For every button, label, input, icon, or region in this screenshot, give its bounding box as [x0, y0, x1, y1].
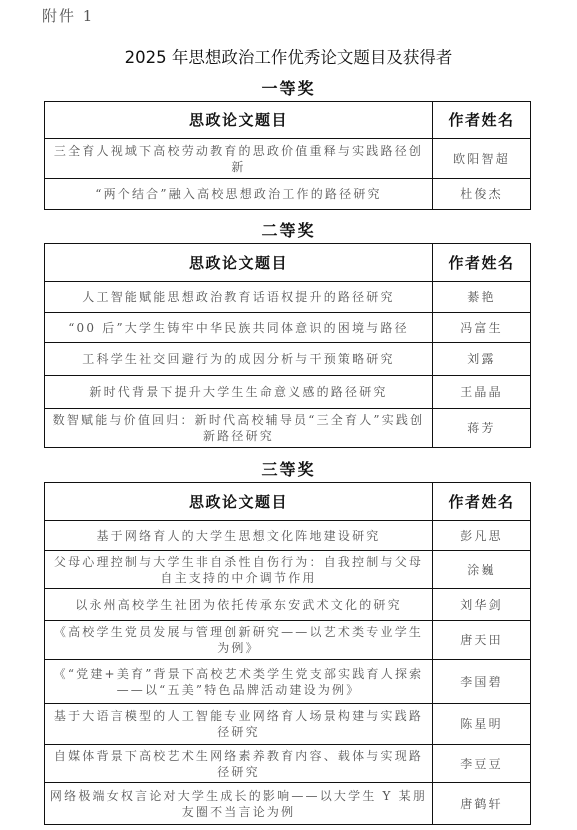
author-name: 陈星明 [433, 704, 531, 745]
table-row: 工科学生社交回避行为的成因分析与干预策略研究 刘露 [45, 343, 531, 376]
author-name: 唐天田 [433, 621, 531, 660]
prize-heading-second: 二等奖 [0, 218, 577, 241]
table-row: 三全育人视域下高校劳动教育的思政价值重释与实践路径创新 欧阳智超 [45, 139, 531, 179]
author-name: 唐鹤轩 [433, 783, 531, 825]
table-row: “两个结合”融入高校思想政治工作的路径研究 杜俊杰 [45, 179, 531, 210]
paper-title: 父母心理控制与大学生非自杀性自伤行为：自我控制与父母自主支持的中介调节作用 [45, 551, 433, 589]
author-name: 蒋芳 [433, 409, 531, 448]
author-name: 王晶晶 [433, 376, 531, 409]
column-header-author: 作者姓名 [433, 244, 531, 282]
paper-title: 以永州高校学生社团为依托传承东安武术文化的研究 [45, 589, 433, 621]
table-row: 基于大语言模型的人工智能专业网络育人场景构建与实践路径研究 陈星明 [45, 704, 531, 745]
author-name: 涂巍 [433, 551, 531, 589]
table-row: 新时代背景下提升大学生生命意义感的路径研究 王晶晶 [45, 376, 531, 409]
table-row: 《高校学生党员发展与管理创新研究——以艺术类专业学生为例》 唐天田 [45, 621, 531, 660]
paper-title: 新时代背景下提升大学生生命意义感的路径研究 [45, 376, 433, 409]
paper-title: 基于大语言模型的人工智能专业网络育人场景构建与实践路径研究 [45, 704, 433, 745]
paper-title: 工科学生社交回避行为的成因分析与干预策略研究 [45, 343, 433, 376]
table-row: “00 后”大学生铸牢中华民族共同体意识的困境与路径 冯富生 [45, 313, 531, 343]
table-row: 父母心理控制与大学生非自杀性自伤行为：自我控制与父母自主支持的中介调节作用 涂巍 [45, 551, 531, 589]
author-name: 欧阳智超 [433, 139, 531, 179]
document-title: 2025 年思想政治工作优秀论文题目及获得者 [0, 44, 577, 68]
table-header-row: 思政论文题目 作者姓名 [45, 483, 531, 521]
column-header-title: 思政论文题目 [45, 102, 433, 139]
table-row: 网络极端女权言论对大学生成长的影响——以大学生 Y 某朋友圈不当言论为例 唐鹤轩 [45, 783, 531, 825]
column-header-author: 作者姓名 [433, 102, 531, 139]
table-header-row: 思政论文题目 作者姓名 [45, 244, 531, 282]
prize-heading-third: 三等奖 [0, 457, 577, 480]
paper-title: “两个结合”融入高校思想政治工作的路径研究 [45, 179, 433, 210]
paper-title: 自媒体背景下高校艺术生网络素养教育内容、载体与实现路径研究 [45, 745, 433, 783]
author-name: 刘露 [433, 343, 531, 376]
table-row: 以永州高校学生社团为依托传承东安武术文化的研究 刘华剑 [45, 589, 531, 621]
table-row: 人工智能赋能思想政治教育话语权提升的路径研究 綦艳 [45, 282, 531, 313]
paper-title: “00 后”大学生铸牢中华民族共同体意识的困境与路径 [45, 313, 433, 343]
author-name: 綦艳 [433, 282, 531, 313]
table-row: 数智赋能与价值回归：新时代高校辅导员“三全育人”实践创新路径研究 蒋芳 [45, 409, 531, 448]
prize-heading-first: 一等奖 [0, 76, 577, 99]
table-header-row: 思政论文题目 作者姓名 [45, 102, 531, 139]
third-prize-table: 思政论文题目 作者姓名 基于网络育人的大学生思想文化阵地建设研究 彭凡思 父母心… [44, 482, 531, 825]
column-header-title: 思政论文题目 [45, 483, 433, 521]
paper-title: 三全育人视域下高校劳动教育的思政价值重释与实践路径创新 [45, 139, 433, 179]
column-header-title: 思政论文题目 [45, 244, 433, 282]
author-name: 冯富生 [433, 313, 531, 343]
paper-title: 网络极端女权言论对大学生成长的影响——以大学生 Y 某朋友圈不当言论为例 [45, 783, 433, 825]
author-name: 杜俊杰 [433, 179, 531, 210]
author-name: 彭凡思 [433, 521, 531, 551]
author-name: 刘华剑 [433, 589, 531, 621]
attachment-label: 附件 1 [42, 5, 94, 26]
paper-title: 数智赋能与价值回归：新时代高校辅导员“三全育人”实践创新路径研究 [45, 409, 433, 448]
table-row: 基于网络育人的大学生思想文化阵地建设研究 彭凡思 [45, 521, 531, 551]
second-prize-table: 思政论文题目 作者姓名 人工智能赋能思想政治教育话语权提升的路径研究 綦艳 “0… [44, 243, 531, 448]
paper-title: 基于网络育人的大学生思想文化阵地建设研究 [45, 521, 433, 551]
column-header-author: 作者姓名 [433, 483, 531, 521]
author-name: 李国碧 [433, 660, 531, 704]
paper-title: 《高校学生党员发展与管理创新研究——以艺术类专业学生为例》 [45, 621, 433, 660]
first-prize-table: 思政论文题目 作者姓名 三全育人视域下高校劳动教育的思政价值重释与实践路径创新 … [44, 101, 531, 210]
author-name: 李豆豆 [433, 745, 531, 783]
paper-title: 人工智能赋能思想政治教育话语权提升的路径研究 [45, 282, 433, 313]
table-row: 《“党建+美育”背景下高校艺术类学生党支部实践育人探索——以“五美”特色品牌活动… [45, 660, 531, 704]
paper-title: 《“党建+美育”背景下高校艺术类学生党支部实践育人探索——以“五美”特色品牌活动… [45, 660, 433, 704]
table-row: 自媒体背景下高校艺术生网络素养教育内容、载体与实现路径研究 李豆豆 [45, 745, 531, 783]
